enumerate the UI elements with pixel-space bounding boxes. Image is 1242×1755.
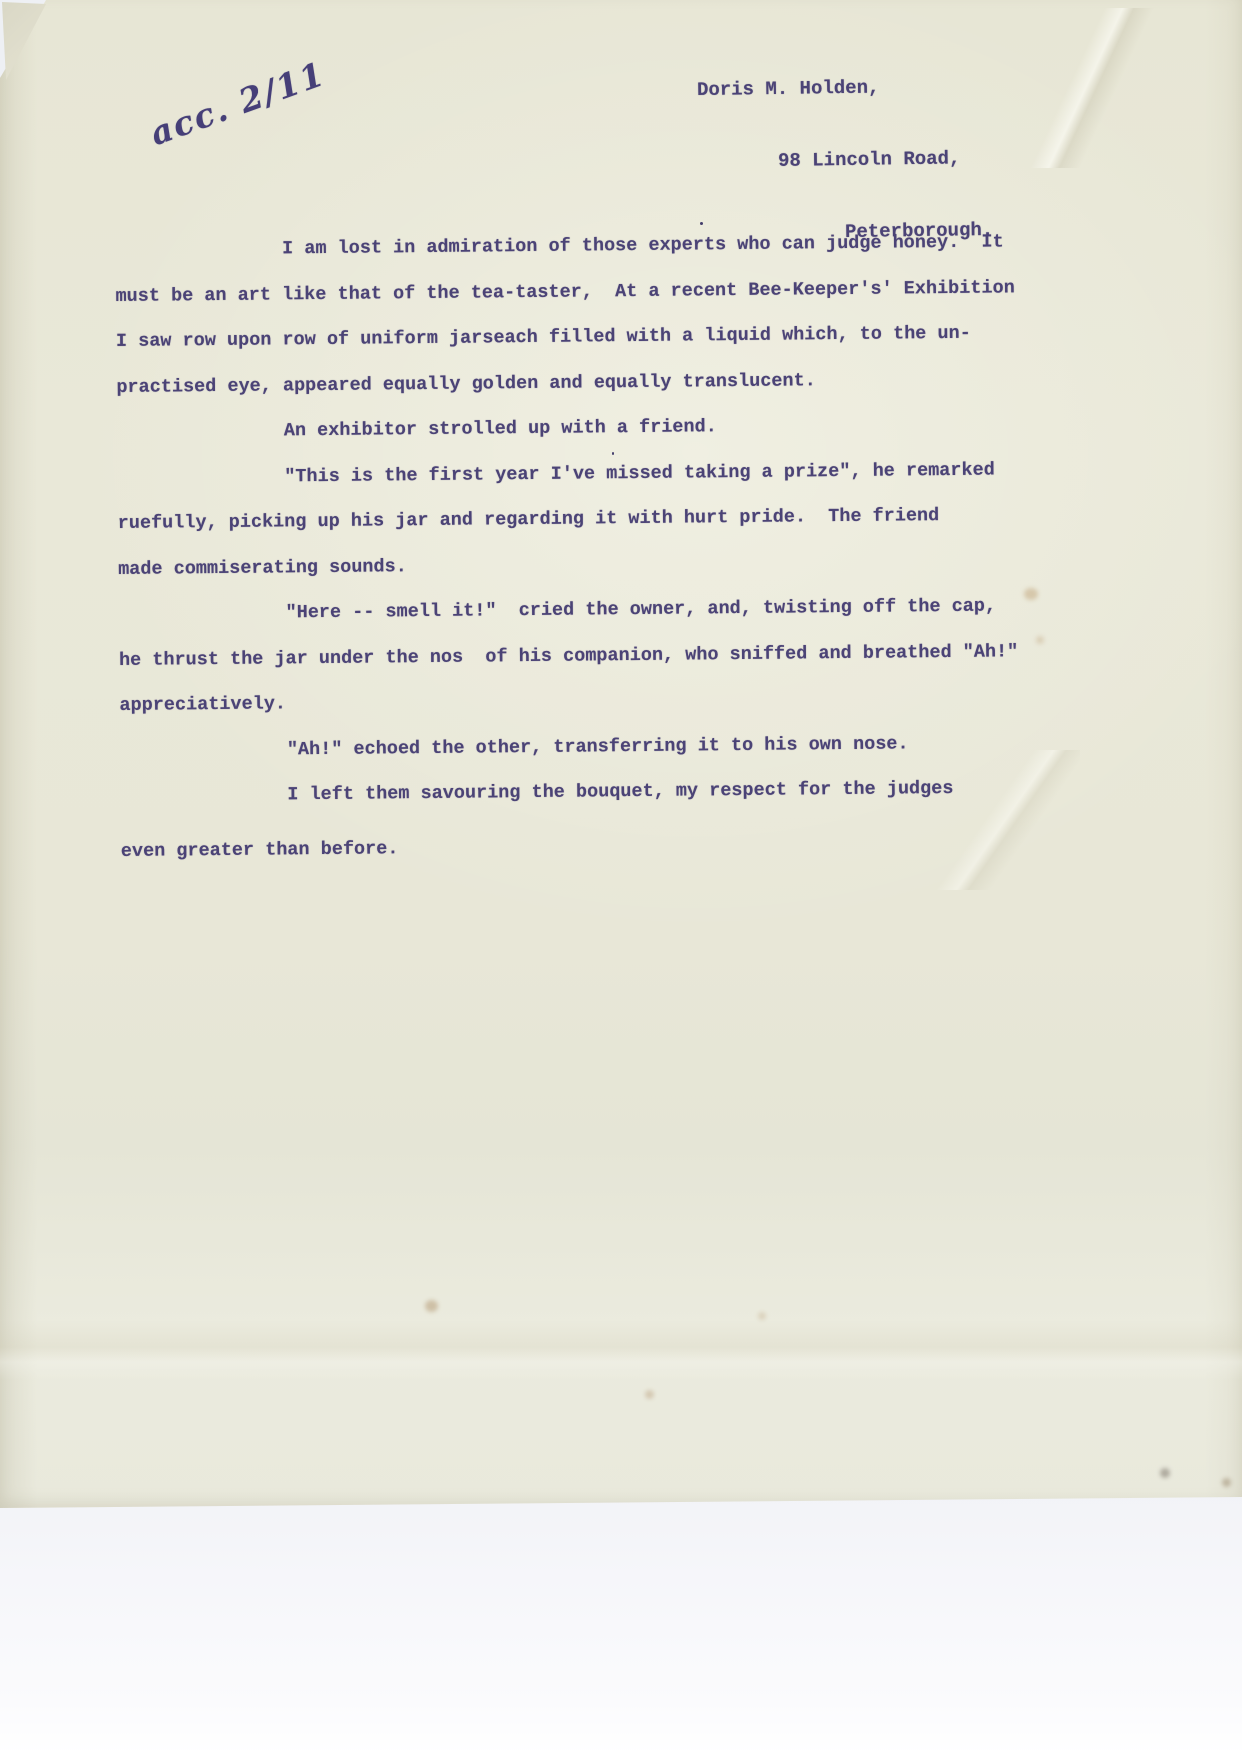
sender-street: 98 Lincoln Road, — [778, 146, 993, 173]
paper-stain — [758, 1312, 766, 1320]
typed-line: I left them savouring the bouquet, my re… — [120, 776, 1130, 831]
typed-line: even greater than before. — [121, 831, 1131, 886]
typed-letter-body: I am lost in admiration of those experts… — [115, 230, 1131, 886]
paper-stain — [1222, 1478, 1231, 1487]
paper-stain — [645, 1390, 654, 1399]
sender-name: Doris M. Holden, — [697, 74, 992, 102]
scanned-letter-page: acc. 2/11 Doris M. Holden, 98 Lincoln Ro… — [0, 0, 1242, 1755]
paper-stain — [1160, 1468, 1170, 1478]
paper-stain — [425, 1300, 438, 1312]
